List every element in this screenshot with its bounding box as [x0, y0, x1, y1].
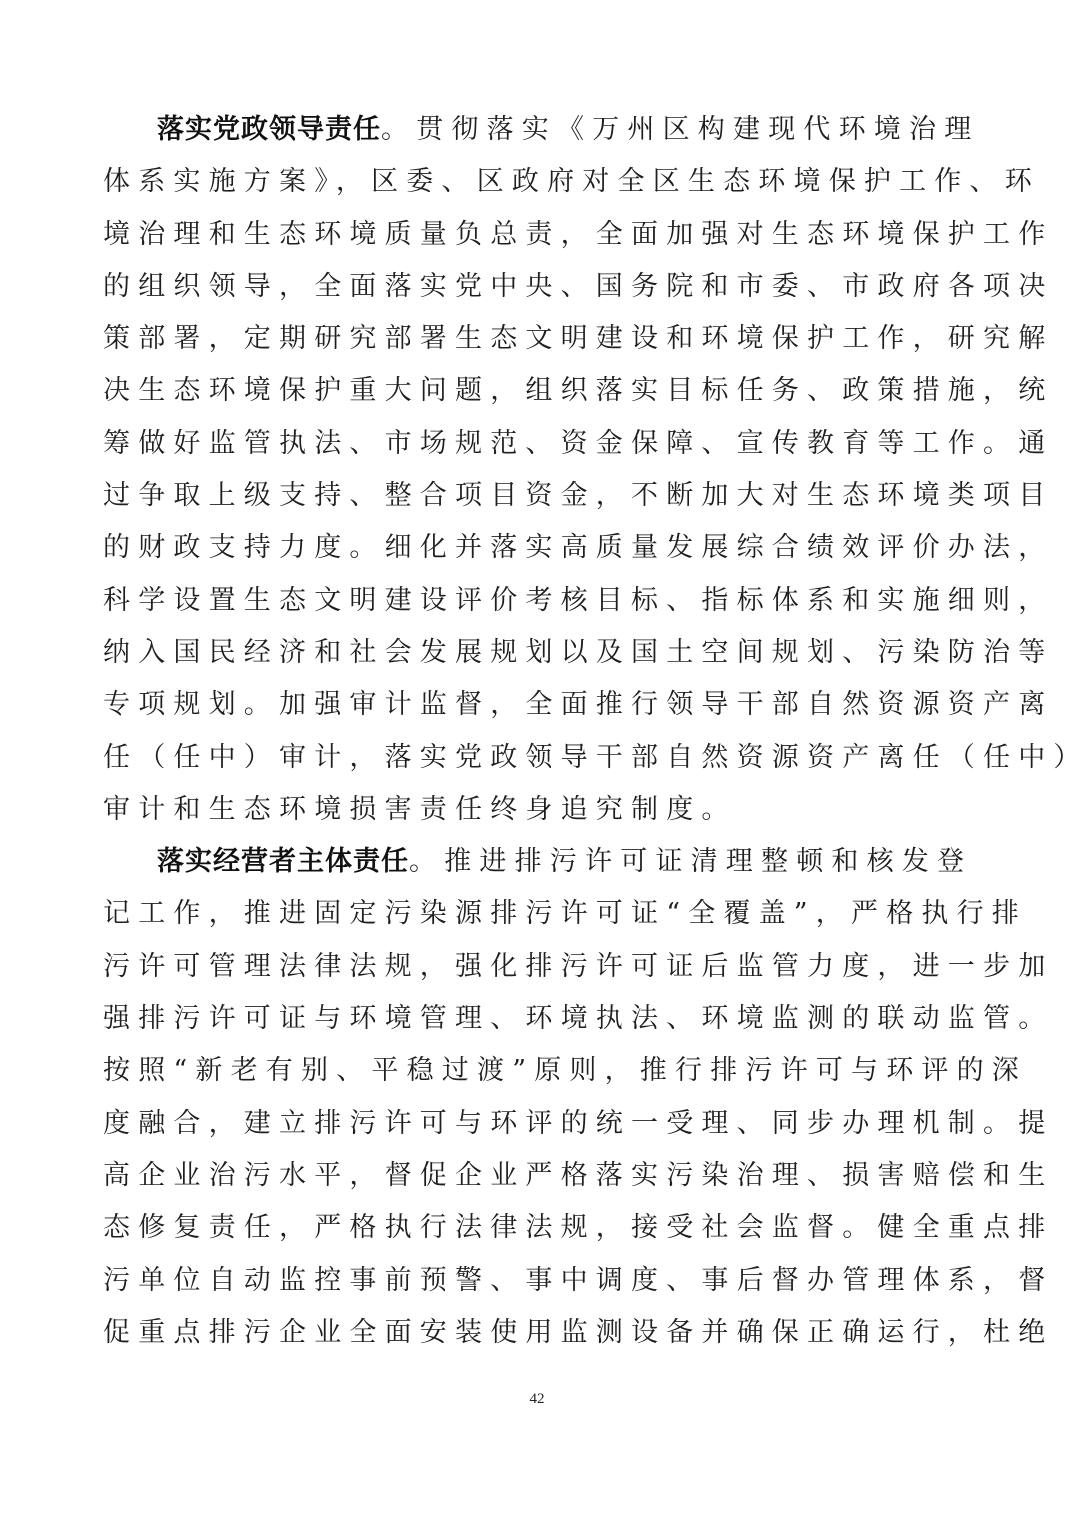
text-line: 体系实施方案》，区委、区政府对全区生态环境保护工作、环	[103, 156, 917, 208]
paragraph-heading: 落实党政领导责任	[157, 114, 381, 145]
text-line: 强排污许可证与环境管理、环境执法、环境监测的联动监管。	[103, 993, 917, 1045]
text-line: 污许可管理法律法规，强化排污许可证后监管力度，进一步加	[103, 941, 917, 993]
line-text: 。推进排污许可证清理整顿和核发登	[409, 846, 972, 877]
text-line: 任（任中）审计，落实党政领导干部自然资源资产离任（任中）	[103, 732, 917, 784]
text-line: 的财政支持力度。细化并落实高质量发展综合绩效评价办法，	[103, 522, 917, 574]
text-line: 促重点排污企业全面安装使用监测设备并确保正确运行，杜绝	[103, 1307, 917, 1359]
line-text: 。贯彻落实《万州区构建现代环境治理	[381, 114, 979, 145]
text-line: 筹做好监管执法、市场规范、资金保障、宣传教育等工作。通	[103, 418, 917, 470]
text-line: 过争取上级支持、整合项目资金，不断加大对生态环境类项目	[103, 470, 917, 522]
text-line: 记工作，推进固定污染源排污许可证“全覆盖”，严格执行排	[103, 888, 917, 940]
text-line: 度融合，建立排污许可与环评的统一受理、同步办理机制。提	[103, 1098, 917, 1150]
text-line: 策部署，定期研究部署生态文明建设和环境保护工作，研究解	[103, 313, 917, 365]
text-line: 高企业治污水平，督促企业严格落实污染治理、损害赔偿和生	[103, 1150, 917, 1202]
paragraph-party-leadership: 落实党政领导责任。贯彻落实《万州区构建现代环境治理 体系实施方案》，区委、区政府…	[103, 104, 917, 836]
text-line: 的组织领导，全面落实党中央、国务院和市委、市政府各项决	[103, 261, 917, 313]
text-line: 决生态环境保护重大问题，组织落实目标任务、政策措施，统	[103, 365, 917, 417]
text-line: 污单位自动监控事前预警、事中调度、事后督办管理体系，督	[103, 1255, 917, 1307]
text-line: 专项规划。加强审计监督，全面推行领导干部自然资源资产离	[103, 679, 917, 731]
text-line: 按照“新老有别、平稳过渡”原则，推行排污许可与环评的深	[103, 1045, 917, 1097]
text-line: 境治理和生态环境质量负总责，全面加强对生态环境保护工作	[103, 209, 917, 261]
text-line: 纳入国民经济和社会发展规划以及国土空间规划、污染防治等	[103, 627, 917, 679]
page-number: 42	[0, 1391, 1074, 1408]
text-line: 审计和生态环境损害责任终身追究制度。	[103, 784, 917, 836]
paragraph-first-line: 落实党政领导责任。贯彻落实《万州区构建现代环境治理	[103, 104, 917, 156]
text-line: 态修复责任，严格执行法律法规，接受社会监督。健全重点排	[103, 1202, 917, 1254]
paragraph-operator-responsibility: 落实经营者主体责任。推进排污许可证清理整顿和核发登 记工作，推进固定污染源排污许…	[103, 836, 917, 1359]
text-line: 科学设置生态文明建设评价考核目标、指标体系和实施细则，	[103, 575, 917, 627]
paragraph-first-line: 落实经营者主体责任。推进排污许可证清理整顿和核发登	[103, 836, 917, 888]
paragraph-heading: 落实经营者主体责任	[157, 846, 409, 877]
document-page: 落实党政领导责任。贯彻落实《万州区构建现代环境治理 体系实施方案》，区委、区政府…	[103, 104, 917, 1359]
